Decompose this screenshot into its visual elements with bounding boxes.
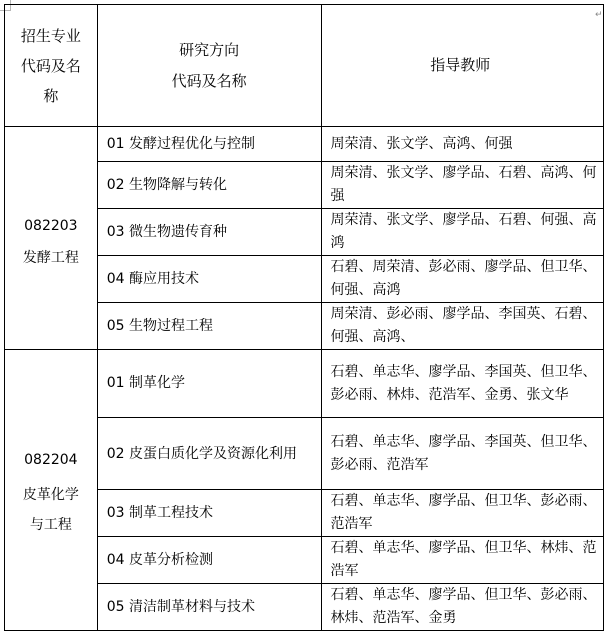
- advisor-cell: 石碧、单志华、廖学品、但卫华、林炜、范浩军: [321, 537, 604, 584]
- direction-cell: 03 制革工程技术: [97, 490, 321, 537]
- direction-cell: 01 制革化学: [97, 350, 321, 418]
- direction-cell: 02 生物降解与转化: [97, 162, 321, 209]
- advisor-cell: 石碧、周荣清、彭必雨、廖学品、但卫华、何强、高鸿: [321, 256, 604, 303]
- major-cell: 082203 发酵工程: [5, 127, 98, 350]
- direction-cell: 03 微生物遗传育种: [97, 209, 321, 256]
- header-major-line: 称: [5, 81, 97, 111]
- major-cell: 082204 皮革化学 与工程: [5, 350, 98, 631]
- advisor-cell: 石碧、单志华、廖学品、李国英、但卫华、彭必雨、范浩军: [321, 418, 604, 490]
- direction-cell: 01 发酵过程优化与控制: [97, 127, 321, 162]
- advisor-cell: 石碧、单志华、廖学品、但卫华、彭必雨、范浩军: [321, 490, 604, 537]
- header-direction-line: 代码及名称: [98, 66, 321, 97]
- advisor-cell: 周荣清、张文学、廖学品、石碧、高鸿、何强: [321, 162, 604, 209]
- direction-cell: 05 生物过程工程: [97, 303, 321, 350]
- header-major-line: 招生专业: [5, 21, 97, 51]
- header-direction-line: 研究方向: [98, 35, 321, 66]
- row-end-mark: ↵: [595, 10, 603, 20]
- major-code: 082203: [5, 206, 97, 246]
- direction-cell: 04 皮革分析检测: [97, 537, 321, 584]
- direction-cell: 02 皮蛋白质化学及资源化利用: [97, 418, 321, 490]
- header-row: 招生专业 代码及名 称 研究方向 代码及名称 指导教师: [5, 5, 604, 127]
- header-major-cell: 招生专业 代码及名 称: [5, 5, 98, 127]
- header-major-line: 代码及名: [5, 51, 97, 81]
- direction-cell: 05 清洁制革材料与技术: [97, 584, 321, 631]
- table-row: 082204 皮革化学 与工程 01 制革化学 石碧、单志华、廖学品、李国英、但…: [5, 350, 604, 418]
- advisor-table: 招生专业 代码及名 称 研究方向 代码及名称 指导教师 082203 发酵工程 …: [4, 4, 604, 631]
- major-name-line: 皮革化学: [5, 480, 97, 510]
- header-direction-cell: 研究方向 代码及名称: [97, 5, 321, 127]
- direction-cell: 04 酶应用技术: [97, 256, 321, 303]
- major-name-line: 与工程: [5, 510, 97, 540]
- advisor-cell: 石碧、单志华、廖学品、但卫华、彭必雨、林炜、范浩军、金勇: [321, 584, 604, 631]
- advisor-cell: 周荣清、张文学、高鸿、何强: [321, 127, 604, 162]
- header-advisor-cell: 指导教师: [321, 5, 604, 127]
- major-code: 082204: [5, 440, 97, 480]
- advisor-cell: 周荣清、彭必雨、廖学品、李国英、石碧、何强、高鸿、: [321, 303, 604, 350]
- major-name: 发酵工程: [5, 246, 97, 270]
- table-row: 082203 发酵工程 01 发酵过程优化与控制 周荣清、张文学、高鸿、何强: [5, 127, 604, 162]
- advisor-cell: 周荣清、张文学、廖学品、石碧、何强、高鸿: [321, 209, 604, 256]
- advisor-cell: 石碧、单志华、廖学品、李国英、但卫华、彭必雨、林炜、范浩军、金勇、张文华: [321, 350, 604, 418]
